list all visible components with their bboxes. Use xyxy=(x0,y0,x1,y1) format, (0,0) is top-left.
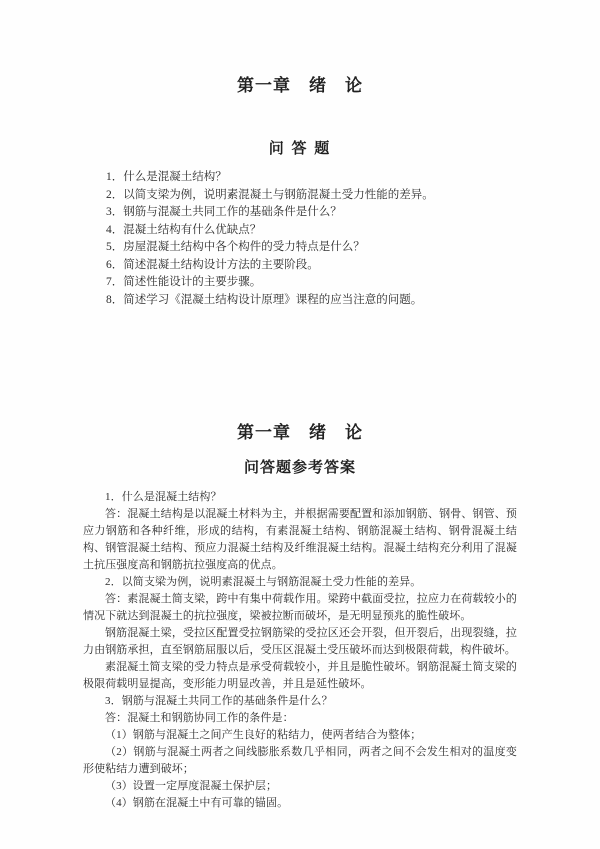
answer-paragraph: 钢筋混凝土梁，受拉区配置受拉钢筋梁的受拉区还会开裂，但开裂后，出现裂缝，拉力由钢… xyxy=(83,625,517,659)
answer-question-3: 3．钢筋与混凝土共同工作的基础条件是什么？ xyxy=(83,693,517,710)
answer-question-2: 2．以简支梁为例，说明素混凝土与钢筋混凝土受力性能的差异。 xyxy=(83,574,517,591)
question-item: 7．简述性能设计的主要步骤。 xyxy=(83,274,517,292)
question-list: 1．什么是混凝土结构？ 2．以简支梁为例，说明素混凝土与钢筋混凝土受力性能的差异… xyxy=(83,169,517,309)
answer-paragraph: 答：混凝土结构是以混凝土材料为主，并根据需要配置和添加钢筋、钢骨、钢管、预应力钢… xyxy=(83,506,517,574)
chapter-title-answers: 第一章 绪 论 xyxy=(83,423,517,443)
question-item: 2．以简支梁为例，说明素混凝土与钢筋混凝土受力性能的差异。 xyxy=(83,187,517,205)
answers-section: 第一章 绪 论 问答题参考答案 1．什么是混凝土结构？ 答：混凝土结构是以混凝土… xyxy=(83,423,517,812)
question-item: 6．简述混凝土结构设计方法的主要阶段。 xyxy=(83,257,517,275)
answer-condition-item: （4）钢筋在混凝土中有可靠的锚固。 xyxy=(83,795,517,812)
question-item: 8．简述学习《混凝土结构设计原理》课程的应当注意的问题。 xyxy=(83,292,517,310)
answer-paragraph: 答：混凝土和钢筋协同工作的条件是： xyxy=(83,710,517,727)
answer-paragraph: 答：素混凝土简支梁，跨中有集中荷载作用。梁跨中截面受拉，拉应力在荷载较小的情况下… xyxy=(83,591,517,625)
answer-paragraph: 素混凝土简支梁的受力特点是承受荷载较小，并且是脆性破坏。钢筋混凝土简支梁的极限荷… xyxy=(83,659,517,693)
question-item: 1．什么是混凝土结构？ xyxy=(83,169,517,187)
answer-body: 1．什么是混凝土结构？ 答：混凝土结构是以混凝土材料为主，并根据需要配置和添加钢… xyxy=(83,489,517,812)
questions-heading: 问 答 题 xyxy=(83,140,517,158)
chapter-title: 第一章 绪 论 xyxy=(83,76,517,96)
question-item: 4．混凝土结构有什么优缺点？ xyxy=(83,222,517,240)
question-item: 5．房屋混凝土结构中各个构件的受力特点是什么？ xyxy=(83,239,517,257)
answer-condition-item: （1）钢筋与混凝土之间产生良好的粘结力，使两者结合为整体； xyxy=(83,727,517,744)
document-page: 第一章 绪 论 问 答 题 1．什么是混凝土结构？ 2．以简支梁为例，说明素混凝… xyxy=(0,0,600,849)
answer-condition-item: （3）设置一定厚度混凝土保护层； xyxy=(83,778,517,795)
questions-section: 第一章 绪 论 问 答 题 1．什么是混凝土结构？ 2．以简支梁为例，说明素混凝… xyxy=(83,76,517,309)
answers-heading: 问答题参考答案 xyxy=(83,459,517,477)
answer-condition-item: （2）钢筋与混凝土两者之间线膨胀系数几乎相同，两者之间不会发生相对的温度变形使粘… xyxy=(83,744,517,778)
answer-question-1: 1．什么是混凝土结构？ xyxy=(83,489,517,506)
question-item: 3．钢筋与混凝土共同工作的基础条件是什么？ xyxy=(83,204,517,222)
